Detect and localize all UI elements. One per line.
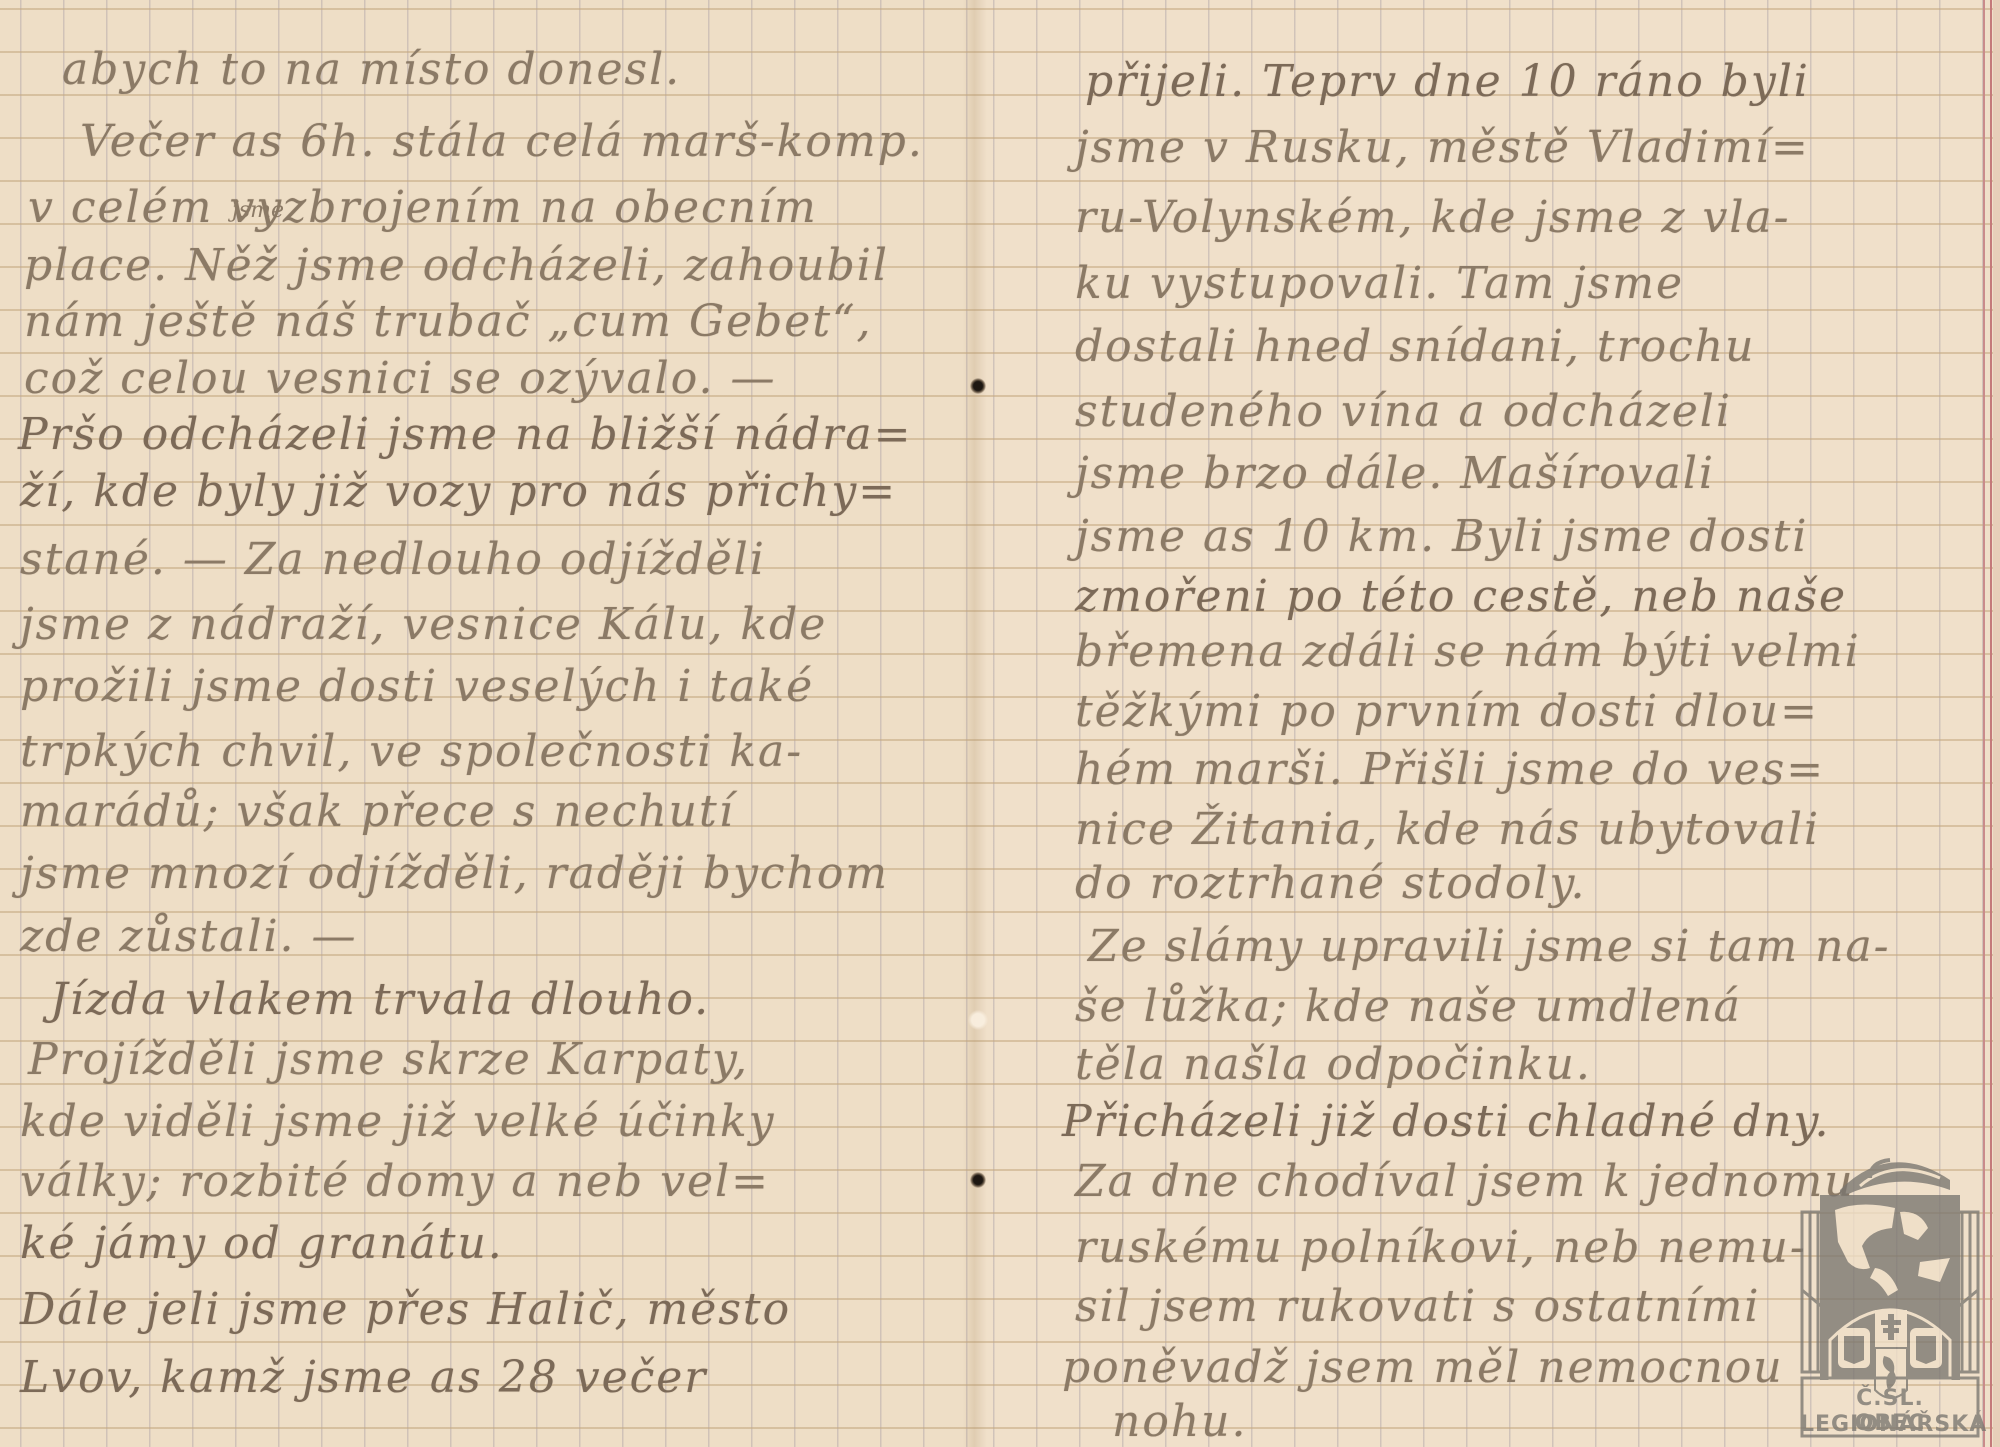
text-line: Za dne chodíval jsem k jednomu [1075,1160,1855,1204]
text-line: Ze slámy upravili jsme si tam na- [1088,925,1891,969]
binding-hole-middle [968,1010,988,1030]
text-line: ku vystupovali. Tam jsme [1075,262,1684,306]
text-line: nohu. [1112,1400,1248,1444]
page-edge [1993,0,2000,1447]
text-line: jsme as 10 km. Byli jsme dosti [1075,515,1808,559]
text-line: studeného vína a odcházeli [1075,390,1732,434]
text-line: ru-Volynském, kde jsme z vla- [1075,196,1791,240]
text-line: do roztrhané stodoly. [1075,862,1586,906]
text-line: což celou vesnici se ozývalo. — [24,357,776,401]
text-line: Večer as 6h. stála celá marš-komp. [80,120,924,164]
binding-hole-bottom [970,1172,986,1188]
text-line: jsme z nádraží, vesnice Kálu, kde [20,603,827,647]
text-line: nám ještě náš trubač „cum Gebet“, [24,300,873,344]
text-line: prožili jsme dosti veselých i také [20,665,814,709]
text-line: ží, kde byly již vozy pro nás přichy= [20,470,897,514]
text-line: zmořeni po této cestě, neb naše [1075,575,1847,619]
text-line: v celém vyzbrojením na obecním [28,186,818,230]
text-line: těla našla odpočinku. [1075,1043,1592,1087]
text-line: dostali hned snídani, trochu [1075,325,1755,369]
text-line: jsme v Rusku, městě Vladimí= [1075,126,1810,170]
text-line: ruskému polníkovi, neb nemu- [1075,1226,1807,1270]
text-line: nice Žitania, kde nás ubytovali [1075,808,1820,852]
text-line: zde zůstali. — [20,915,358,959]
text-line: Jízda vlakem trvala dlouho. [50,978,710,1022]
diary-spread: jsme abych to na místo donesl. Večer as … [0,0,2000,1447]
text-line: jsme mnozí odjížděli, raději bychom [20,852,889,896]
text-line: poněvadž jsem měl nemocnou [1062,1346,1784,1390]
text-line: těžkými po prvním dosti dlou= [1075,690,1819,734]
book-gutter [963,0,987,1447]
text-line: sil jsem rukovati s ostatními [1075,1285,1760,1329]
text-line: Projížděli jsme skrze Karpaty, [28,1038,749,1082]
text-line: války; rozbité domy a neb vel= [20,1160,770,1204]
text-line: Přicházeli již dosti chladné dny. [1062,1100,1830,1144]
text-line: abych to na místo donesl. [62,48,681,92]
watermark-logo: Č.SL. OBEC LEGIONÁŘSKÁ [1800,1150,1980,1440]
text-line: stané. — Za nedlouho odjížděli [20,538,766,582]
text-line: ké jámy od granátu. [20,1222,504,1266]
right-margin-line-outer [1990,0,1992,1447]
text-line: Dále jeli jsme přes Halič, město [20,1288,791,1332]
text-line: Pršo odcházeli jsme na bližší nádra= [18,413,912,457]
text-line: trpkých chvil, ve společnosti ka- [20,730,803,774]
text-line: břemena zdáli se nám býti velmi [1075,630,1861,674]
text-line: marádů; však přece s nechutí [20,790,735,834]
text-line: kde viděli jsme již velké účinky [20,1100,776,1144]
text-line: jsme brzo dále. Mašírovali [1075,452,1715,496]
binding-hole-top [970,378,986,394]
text-line: še lůžka; kde naše umdlená [1075,985,1742,1029]
watermark-text-line2: LEGIONÁŘSKÁ [1800,1412,1980,1437]
right-margin-line [1983,0,1985,1447]
text-line: přijeli. Teprv dne 10 ráno byli [1085,60,1810,104]
text-line: place. Něž jsme odcházeli, zahoubil [24,244,889,288]
text-line: hém marši. Přišli jsme do ves= [1075,748,1825,792]
text-line: Lvov, kamž jsme as 28 večer [20,1356,707,1400]
